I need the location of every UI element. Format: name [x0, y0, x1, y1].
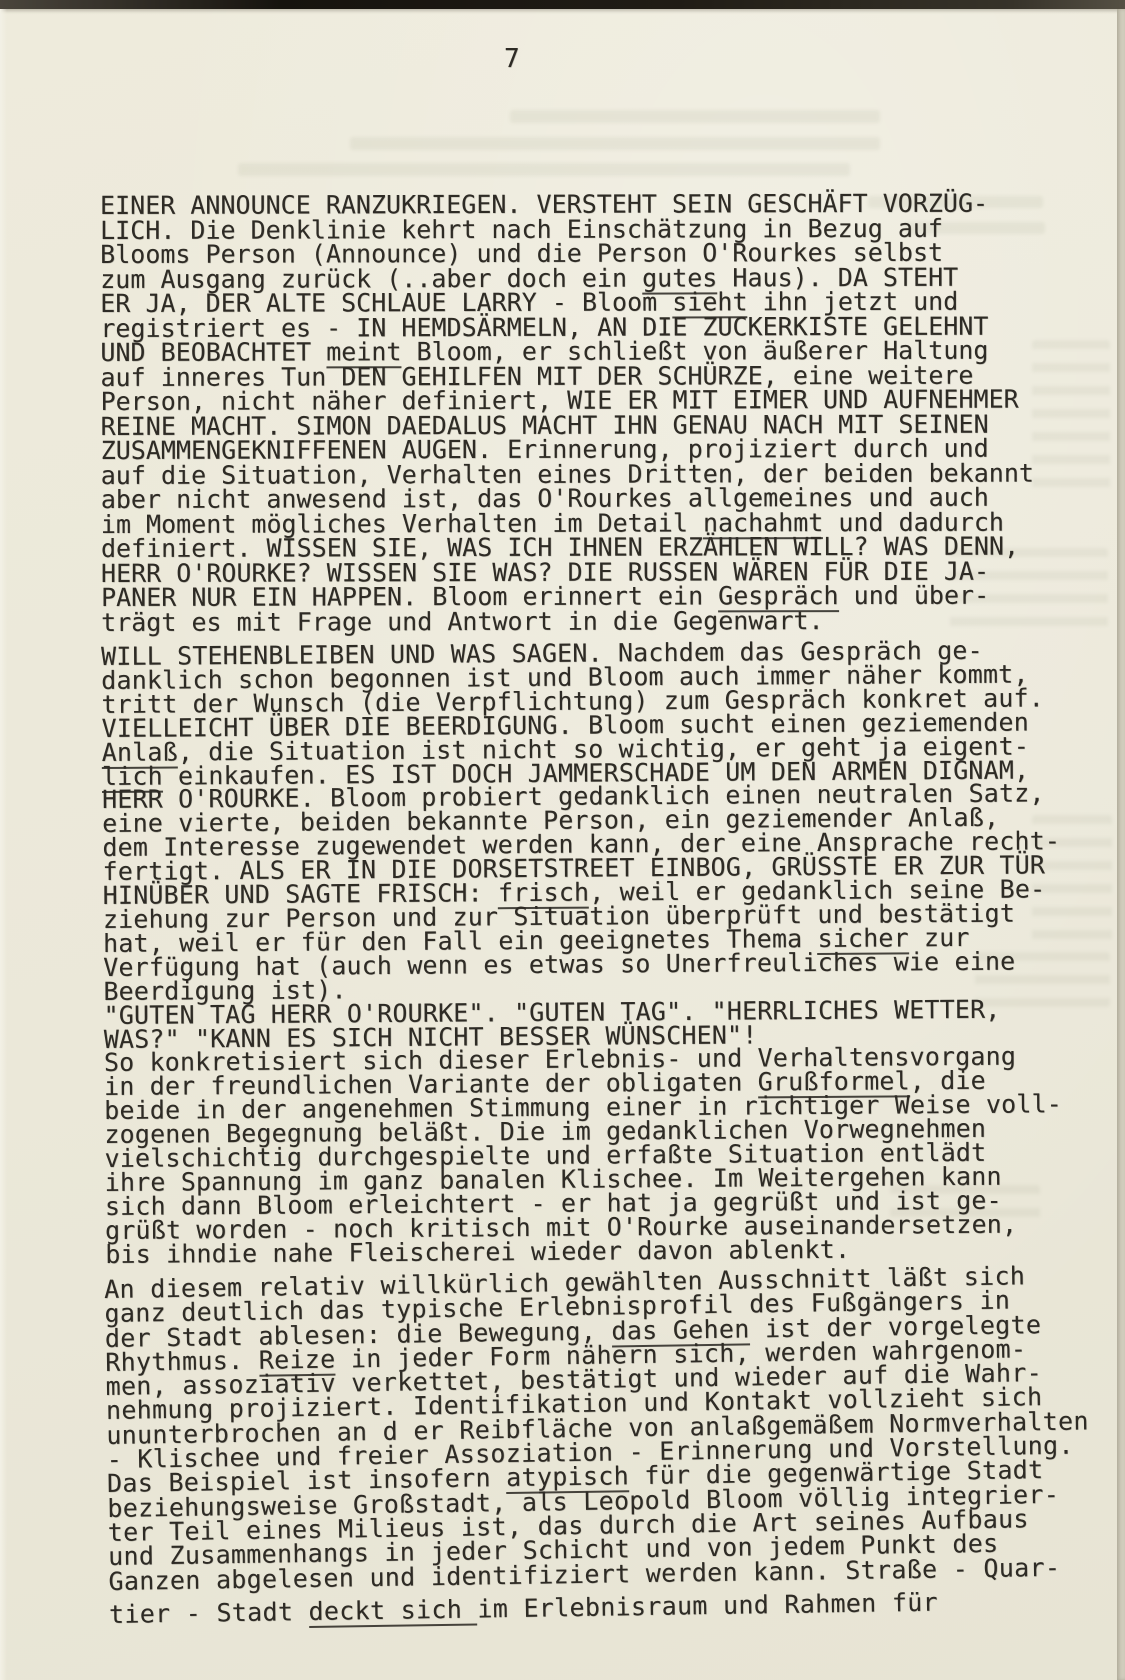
paragraph: WILL STEHENBLEIBEN UND WAS SAGEN. Nachde…: [101, 638, 1063, 1266]
text-line: trägt es mit Frage und Antwort in die Ge…: [101, 608, 1034, 635]
underlined-text: deckt sich: [308, 1594, 477, 1628]
page-right-edge: [1117, 9, 1125, 1680]
page-top-edge: [0, 0, 1125, 9]
page-left-edge: [0, 9, 7, 1680]
scanned-typewritten-page: 7 EINER ANNOUNCE RANZUKRIEGEN. VERSTEHT …: [0, 0, 1125, 1680]
bleed-through: [510, 110, 880, 123]
text-segment: und über-: [839, 581, 990, 610]
text-segment: im Erlebnisraum und Rahmen für: [477, 1588, 938, 1624]
text-segment: bis ihndie nahe Fleischerei wieder davon…: [105, 1234, 850, 1268]
paragraph: EINER ANNOUNCE RANZUKRIEGEN. VERSTEHT SE…: [100, 192, 1034, 635]
bleed-through: [238, 163, 850, 176]
text-segment: trägt es mit Frage und Antwort in die Ge…: [101, 606, 824, 637]
text-line: tier - Stadt deckt sich im Erlebnisraum …: [109, 1588, 1092, 1627]
bleed-through: [350, 137, 880, 150]
page-number: 7: [504, 44, 520, 74]
bleed-through: [1032, 340, 1110, 490]
paragraph: An diesem relativ willkürlich gewählten …: [104, 1263, 1092, 1627]
text-segment: tier - Stadt: [109, 1597, 309, 1629]
